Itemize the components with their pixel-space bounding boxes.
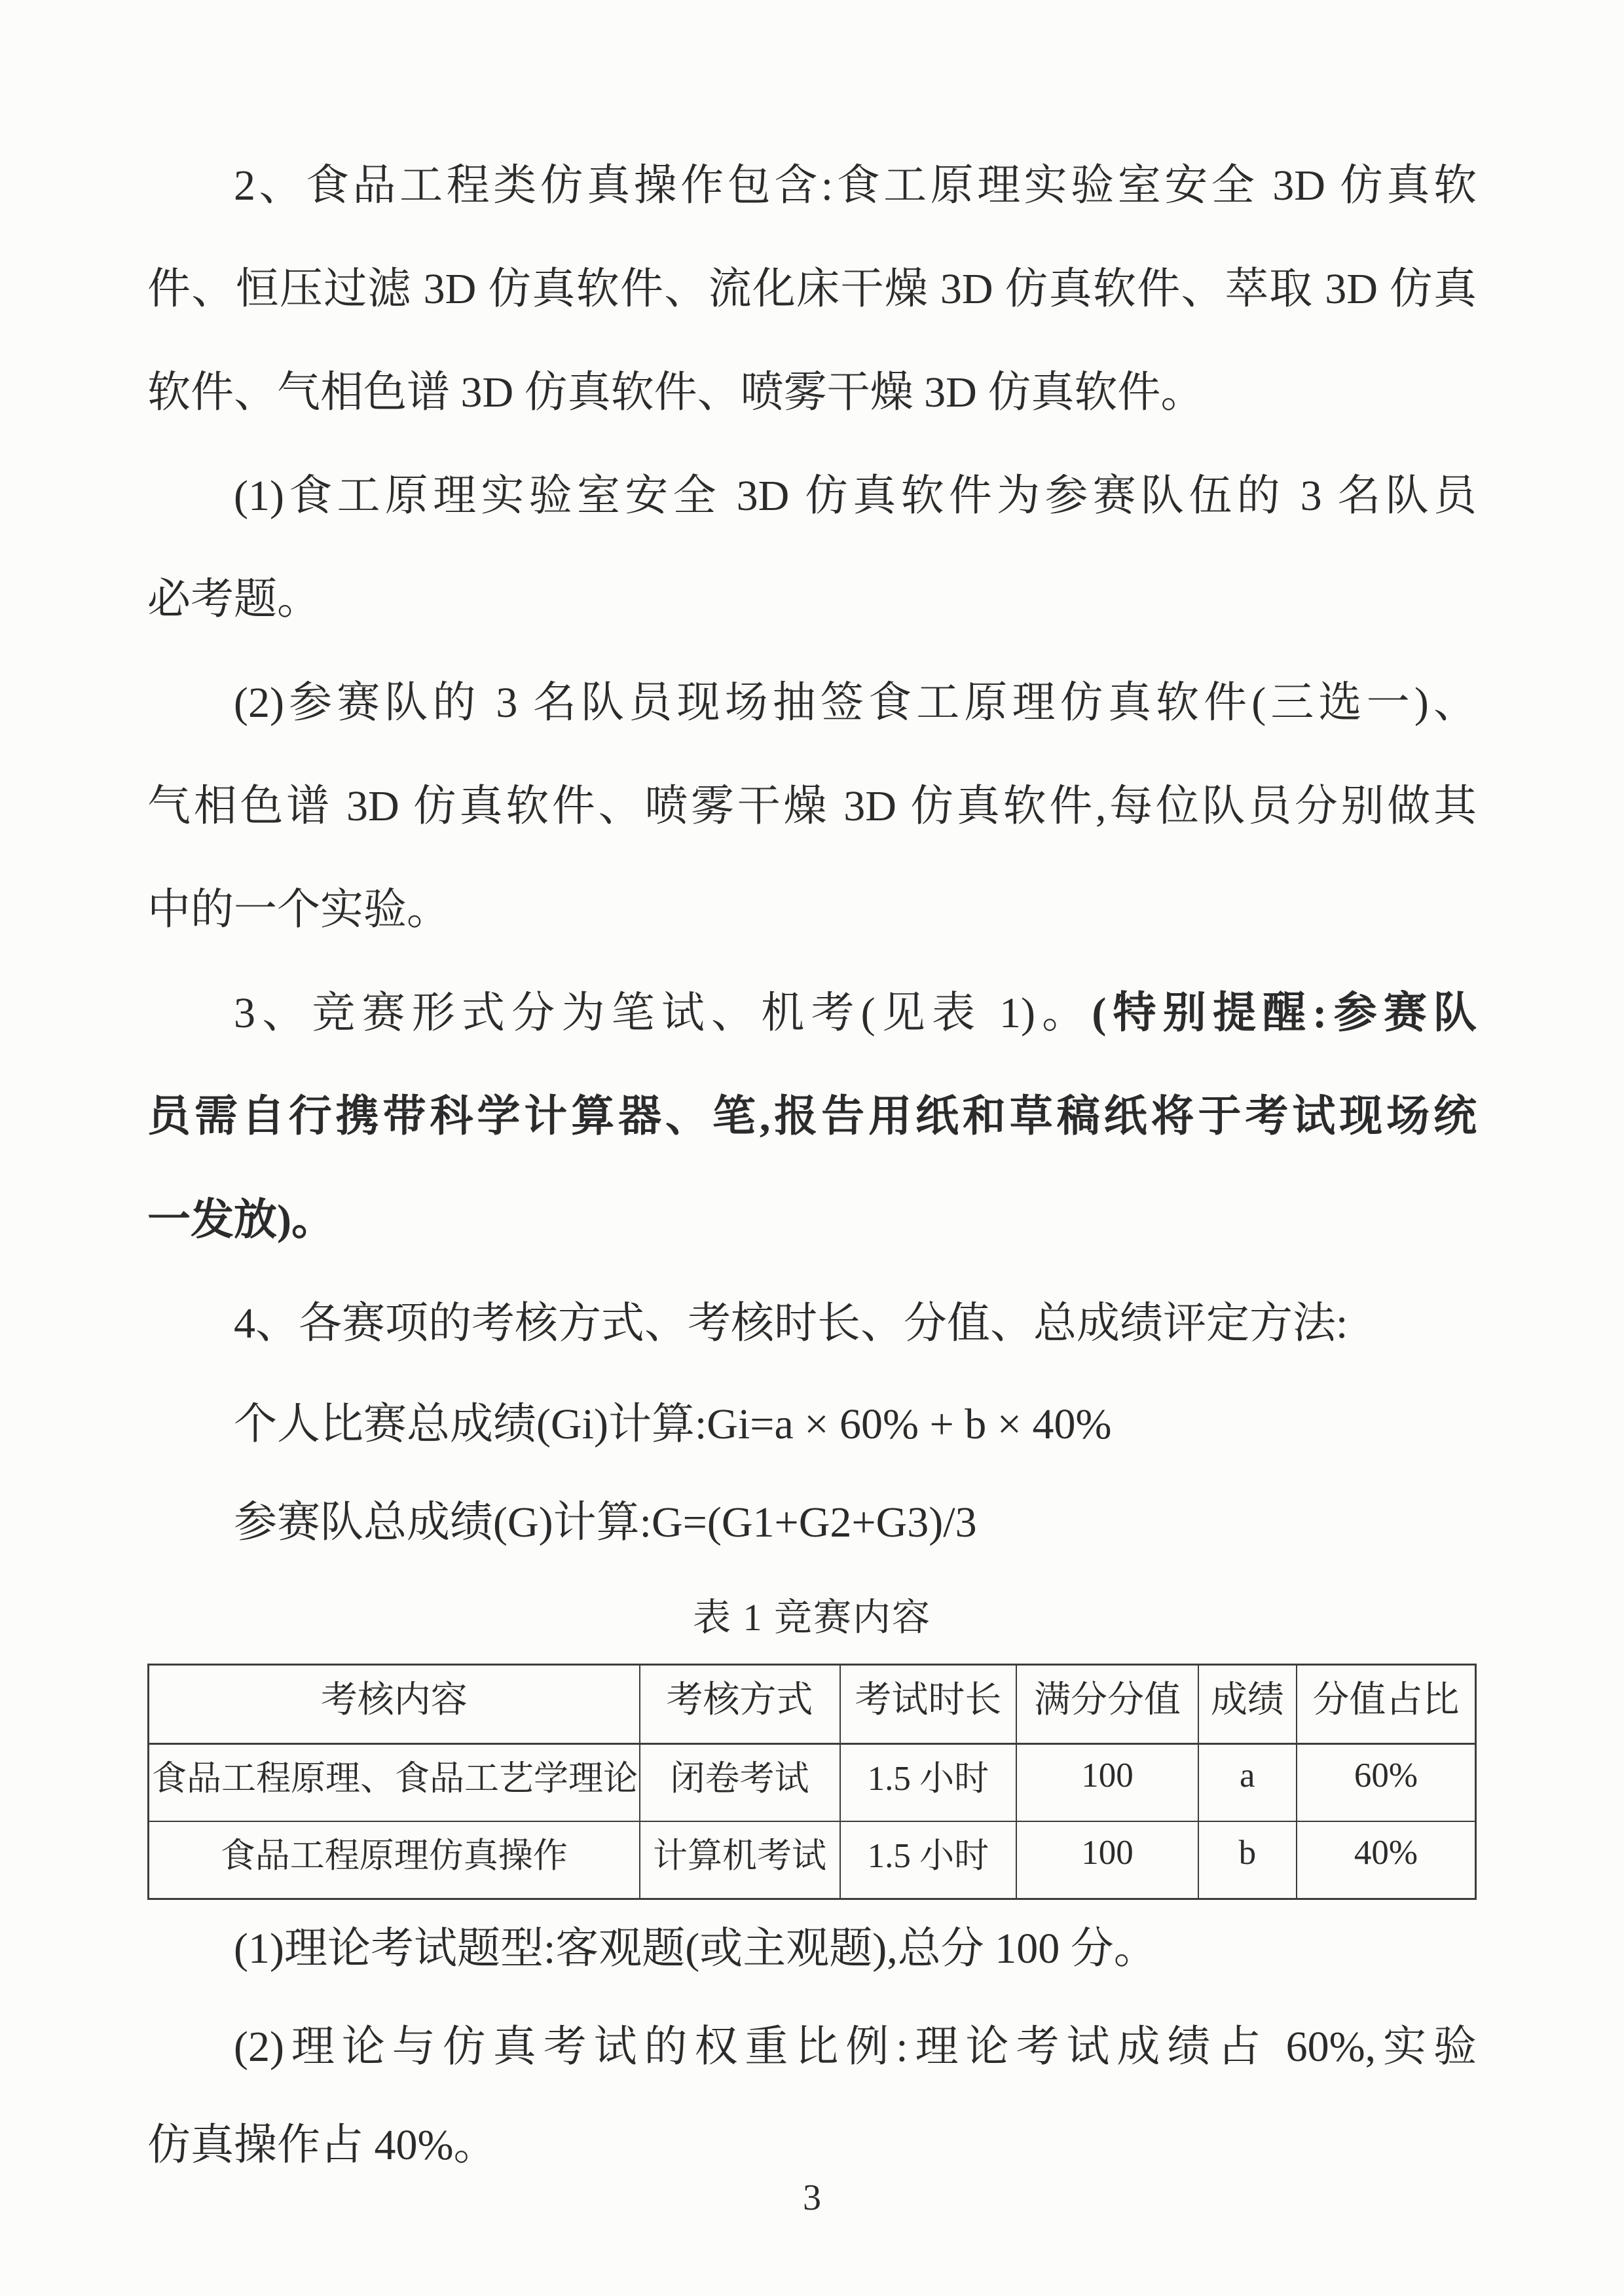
para-3-competition-format: 3、竞赛形式分为笔试、机考(见表 1)。(特别提醒:参赛队员需自行携带科学计算器…: [147, 962, 1477, 1272]
bold-text-run: (特别提醒:参赛队: [1092, 989, 1477, 1037]
table-header-row-group: 考核内容考核方式考试时长满分分值成绩分值占比: [149, 1665, 1476, 1744]
text-run: 中的一个实验。: [147, 886, 450, 934]
body-text: 2、食品工程类仿真操作包含:食工原理实验室安全 3D 仿真软件、恒压过滤 3D …: [147, 134, 1477, 1572]
text-line: 参赛队总成绩(G)计算:G=(G1+G2+G3)/3: [147, 1474, 1477, 1572]
document-page: 2、食品工程类仿真操作包含:食工原理实验室安全 3D 仿真软件、恒压过滤 3D …: [0, 0, 1624, 2296]
text-run: 必考题。: [147, 575, 320, 623]
table-header-cell: 满分分值: [1016, 1665, 1198, 1744]
text-line: 一发放)。: [147, 1169, 1477, 1272]
table-cell: 100: [1016, 1821, 1198, 1899]
text-run: (1)理论考试题型:客观题(或主观题),总分 100 分。: [234, 1925, 1157, 1973]
table-cell: 闭卷考试: [640, 1744, 840, 1822]
text-line: 2、食品工程类仿真操作包含:食工原理实验室安全 3D 仿真软: [147, 134, 1477, 238]
table-header-cell: 成绩: [1198, 1665, 1297, 1744]
body-text-after-table: (1)理论考试题型:客观题(或主观题),总分 100 分。(2)理论与仿真考试的…: [147, 1900, 1477, 2195]
table-cell: 食品工程原理、食品工艺学理论: [149, 1744, 640, 1822]
text-line: (2)参赛队的 3 名队员现场抽签食工原理仿真软件(三选一)、: [147, 651, 1477, 755]
para-note-weight-ratio: (2)理论与仿真考试的权重比例:理论考试成绩占 60%,实验仿真操作占 40%。: [147, 1998, 1477, 2195]
table-header-cell: 分值占比: [1297, 1665, 1476, 1744]
formula-individual-score: 个人比赛总成绩(Gi)计算:Gi=a × 60% + b × 40%: [147, 1376, 1477, 1474]
table-cell: 1.5 小时: [840, 1821, 1017, 1899]
text-run: 个人比赛总成绩(Gi)计算:Gi=a × 60% + b × 40%: [234, 1400, 1111, 1448]
text-run: (1)食工原理实验室安全 3D 仿真软件为参赛队伍的 3 名队员: [234, 472, 1477, 520]
formula-team-score: 参赛队总成绩(G)计算:G=(G1+G2+G3)/3: [147, 1474, 1477, 1572]
content-table: 考核内容考核方式考试时长满分分值成绩分值占比 食品工程原理、食品工艺学理论闭卷考…: [147, 1664, 1477, 1900]
table-title: 表 1 竞赛内容: [147, 1572, 1477, 1664]
table-cell: 60%: [1297, 1744, 1476, 1822]
text-line: 软件、气相色谱 3D 仿真软件、喷雾干燥 3D 仿真软件。: [147, 341, 1477, 445]
table-cell: 40%: [1297, 1821, 1476, 1899]
text-run: 气相色谱 3D 仿真软件、喷雾干燥 3D 仿真软件,每位队员分别做其: [147, 782, 1477, 830]
text-run: 软件、气相色谱 3D 仿真软件、喷雾干燥 3D 仿真软件。: [147, 369, 1204, 416]
table-cell: 食品工程原理仿真操作: [149, 1821, 640, 1899]
text-line: 件、恒压过滤 3D 仿真软件、流化床干燥 3D 仿真软件、萃取 3D 仿真: [147, 238, 1477, 341]
table-cell: 1.5 小时: [840, 1744, 1017, 1822]
table-cell: a: [1198, 1744, 1297, 1822]
text-line: 员需自行携带科学计算器、笔,报告用纸和草稿纸将于考试现场统: [147, 1065, 1477, 1169]
text-run: 3、竞赛形式分为笔试、机考(见表 1)。: [234, 989, 1092, 1037]
table-header-cell: 考核内容: [149, 1665, 640, 1744]
table-row: 食品工程原理、食品工艺学理论闭卷考试1.5 小时100a60%: [149, 1744, 1476, 1822]
text-run: 仿真操作占 40%。: [147, 2121, 496, 2169]
text-line: (1)食工原理实验室安全 3D 仿真软件为参赛队伍的 3 名队员: [147, 445, 1477, 548]
para-note-theory-exam: (1)理论考试题型:客观题(或主观题),总分 100 分。: [147, 1900, 1477, 1998]
table-cell: b: [1198, 1821, 1297, 1899]
bold-text-run: 一发放)。: [147, 1196, 335, 1244]
page-number: 3: [0, 2177, 1624, 2219]
table-cell: 计算机考试: [640, 1821, 840, 1899]
text-run: 2、食品工程类仿真操作包含:食工原理实验室安全 3D 仿真软: [234, 162, 1477, 210]
text-line: 中的一个实验。: [147, 858, 1477, 962]
para-2-1-mandatory-item: (1)食工原理实验室安全 3D 仿真软件为参赛队伍的 3 名队员必考题。: [147, 445, 1477, 651]
table-header-cell: 考试时长: [840, 1665, 1017, 1744]
para-2-simulation-scope: 2、食品工程类仿真操作包含:食工原理实验室安全 3D 仿真软件、恒压过滤 3D …: [147, 134, 1477, 445]
text-run: (2)参赛队的 3 名队员现场抽签食工原理仿真软件(三选一)、: [234, 679, 1477, 727]
text-line: 4、各赛项的考核方式、考核时长、分值、总成绩评定方法:: [147, 1272, 1477, 1376]
text-line: 气相色谱 3D 仿真软件、喷雾干燥 3D 仿真软件,每位队员分别做其: [147, 755, 1477, 858]
table-header-cell: 考核方式: [640, 1665, 840, 1744]
text-line: 个人比赛总成绩(Gi)计算:Gi=a × 60% + b × 40%: [147, 1376, 1477, 1474]
text-line: (1)理论考试题型:客观题(或主观题),总分 100 分。: [147, 1900, 1477, 1998]
text-run: 参赛队总成绩(G)计算:G=(G1+G2+G3)/3: [234, 1499, 977, 1546]
para-2-2-random-draw: (2)参赛队的 3 名队员现场抽签食工原理仿真软件(三选一)、气相色谱 3D 仿…: [147, 651, 1477, 962]
table-row: 食品工程原理仿真操作计算机考试1.5 小时100b40%: [149, 1821, 1476, 1899]
text-line: 必考题。: [147, 548, 1477, 651]
text-run: (2)理论与仿真考试的权重比例:理论考试成绩占 60%,实验: [234, 2023, 1477, 2071]
text-line: (2)理论与仿真考试的权重比例:理论考试成绩占 60%,实验: [147, 1998, 1477, 2096]
table-header-row: 考核内容考核方式考试时长满分分值成绩分值占比: [149, 1665, 1476, 1744]
table-body-row-group: 食品工程原理、食品工艺学理论闭卷考试1.5 小时100a60%食品工程原理仿真操…: [149, 1744, 1476, 1899]
para-4-assessment-method: 4、各赛项的考核方式、考核时长、分值、总成绩评定方法:: [147, 1272, 1477, 1376]
text-line: 3、竞赛形式分为笔试、机考(见表 1)。(特别提醒:参赛队: [147, 962, 1477, 1065]
bold-text-run: 员需自行携带科学计算器、笔,报告用纸和草稿纸将于考试现场统: [147, 1093, 1477, 1140]
text-run: 件、恒压过滤 3D 仿真软件、流化床干燥 3D 仿真软件、萃取 3D 仿真: [147, 265, 1477, 313]
text-run: 4、各赛项的考核方式、考核时长、分值、总成绩评定方法:: [234, 1300, 1348, 1347]
table-cell: 100: [1016, 1744, 1198, 1822]
